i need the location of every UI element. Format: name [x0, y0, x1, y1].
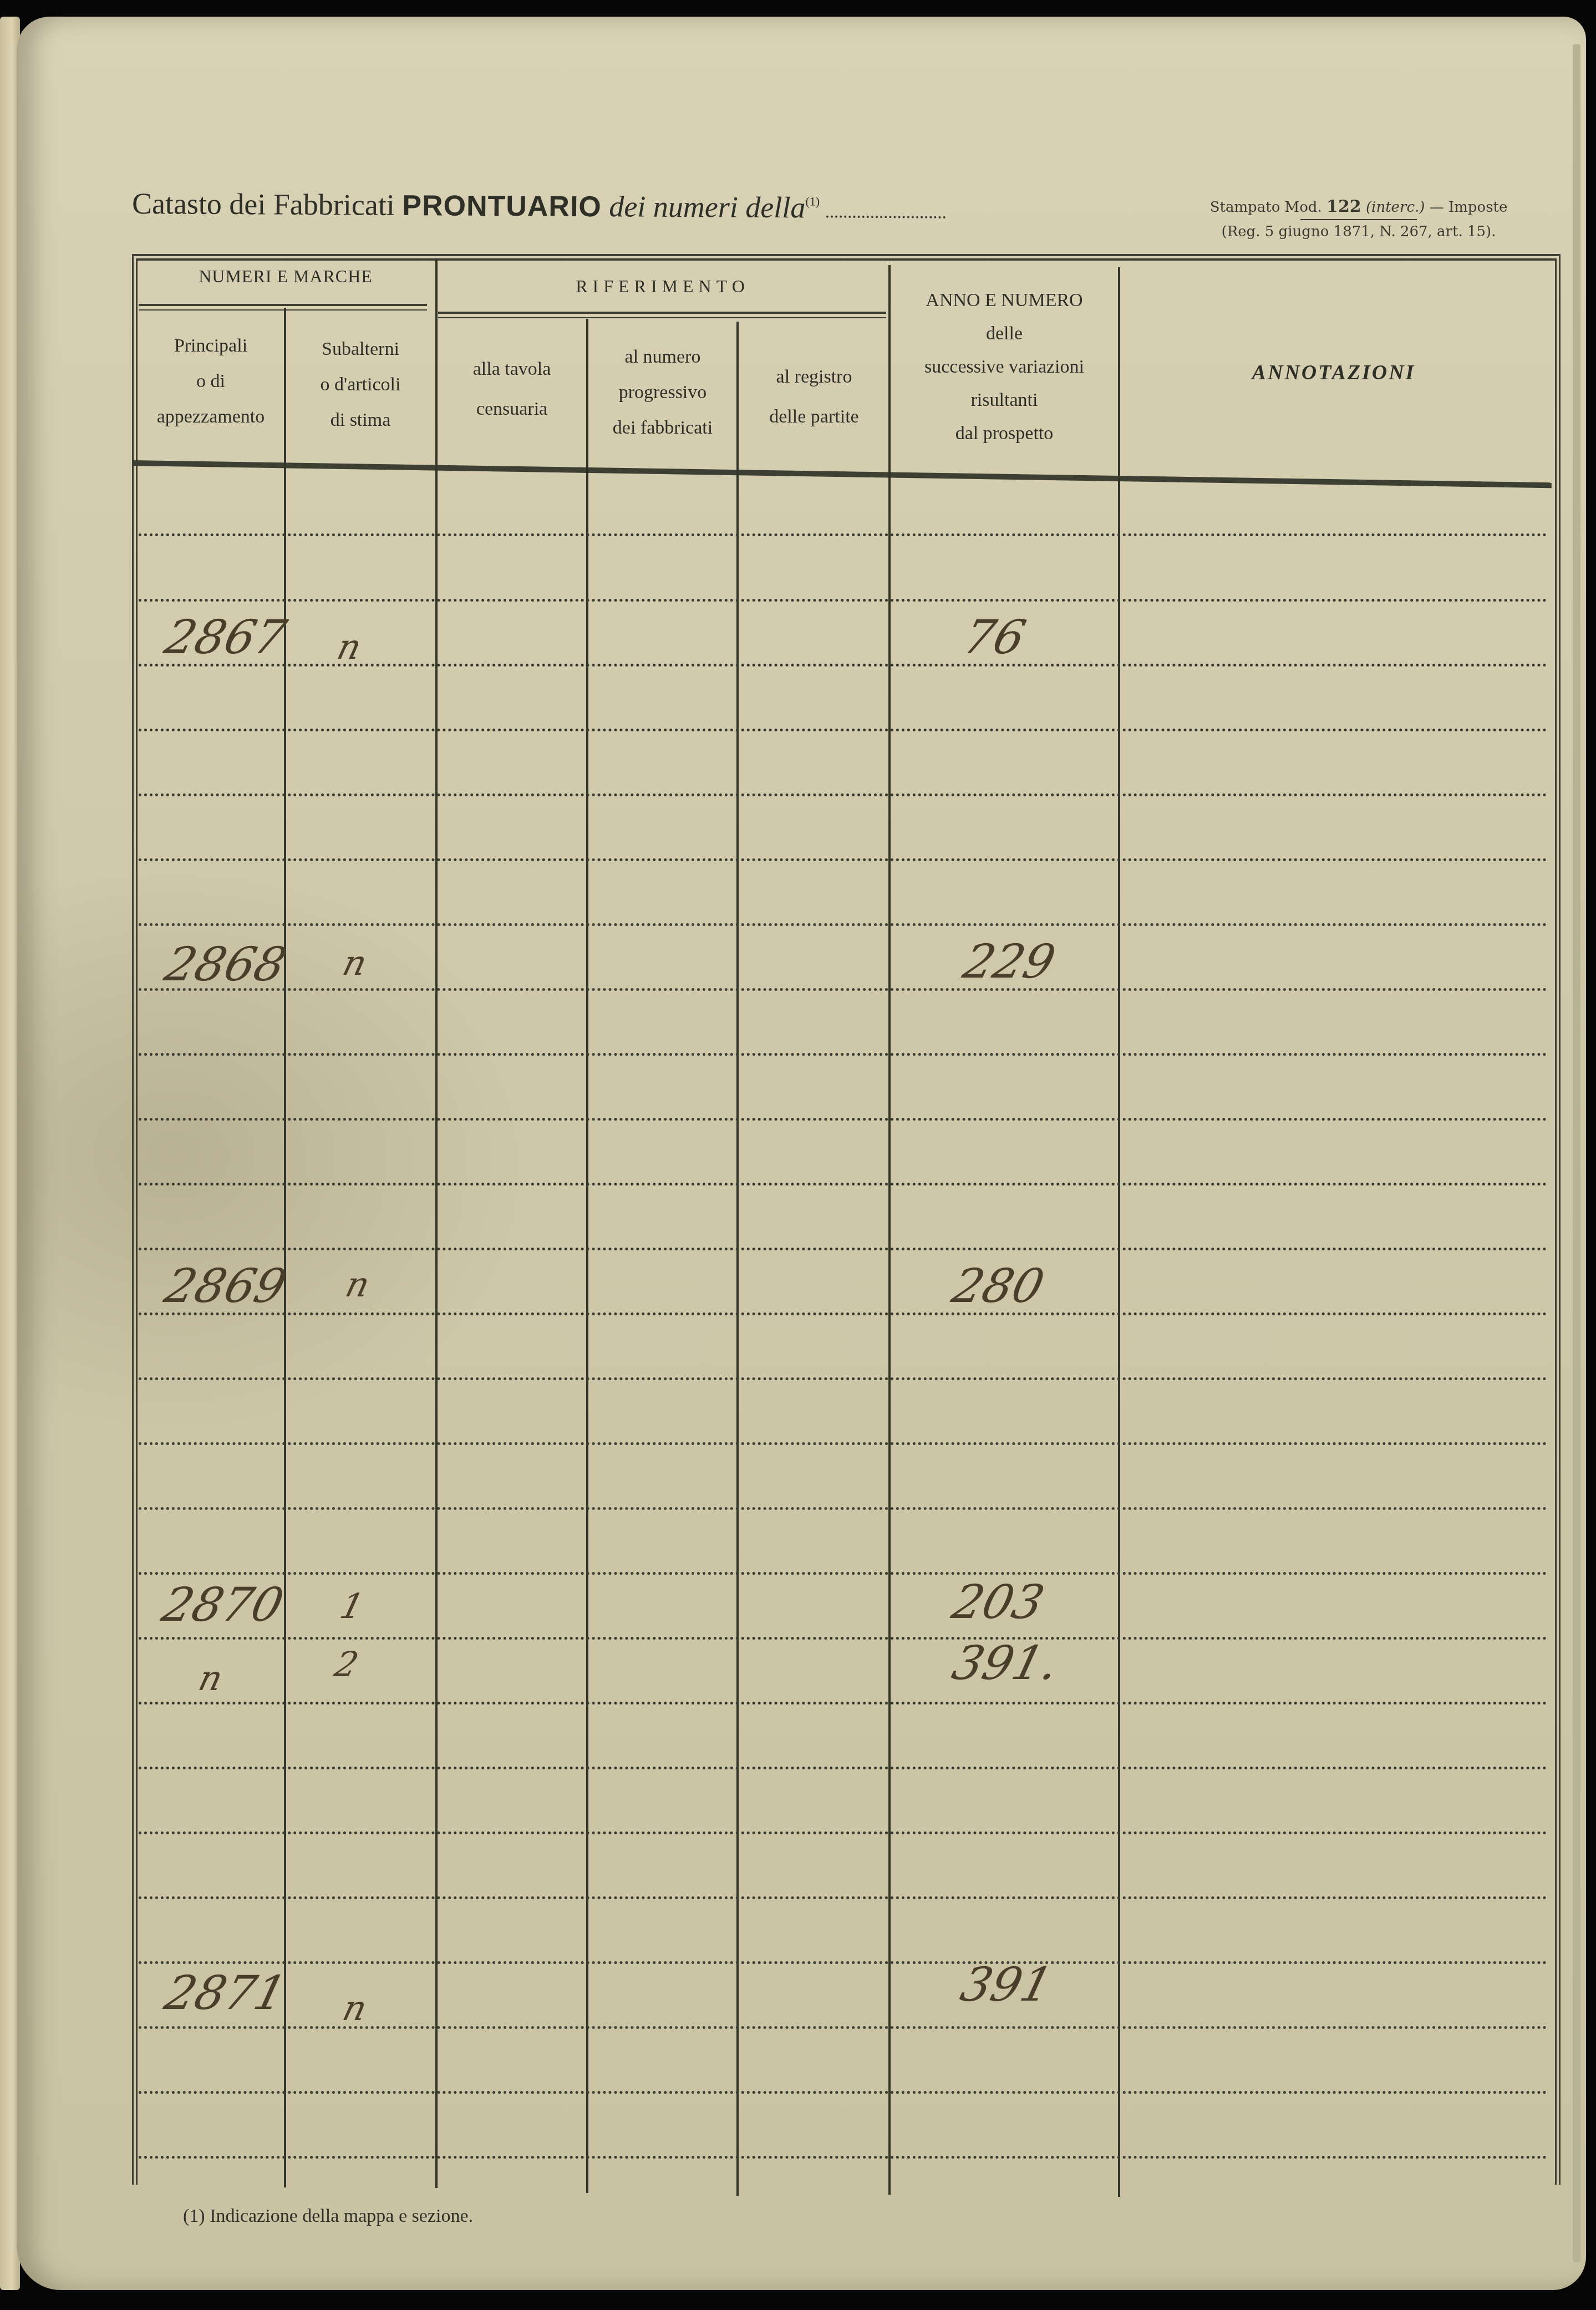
column-divider — [888, 265, 891, 2195]
entry-principali: 2867 — [160, 610, 292, 664]
ruling-line — [139, 1053, 1547, 1056]
ruling-line — [139, 1961, 1547, 1964]
ruling-line — [139, 1377, 1547, 1380]
ruling-line — [139, 1637, 1547, 1640]
footnote: (1) Indicazione della mappa e sezione. — [183, 2206, 473, 2227]
ruling-line — [139, 729, 1547, 731]
ruling-line — [139, 2156, 1547, 2159]
entry-anno-numero: 391. — [947, 1636, 1064, 1690]
ruling-line — [139, 1118, 1547, 1121]
entry-principali: 2871 — [160, 1966, 292, 2020]
entry-anno-numero: 280 — [947, 1259, 1050, 1313]
title-footnote-marker: (1) — [805, 194, 820, 208]
ruling-line — [139, 2091, 1547, 2094]
entry-principali: 2869 — [160, 1259, 292, 1313]
ruling-line — [139, 923, 1547, 926]
header-subalterni: Subalterni o d'articoli di stima — [286, 332, 435, 438]
group-divider-numeri — [139, 304, 427, 311]
header-annotazioni: ANNOTAZIONI — [1120, 355, 1547, 390]
stamp-model-number: 122 — [1326, 197, 1361, 216]
header-numeri-e-marche: NUMERI E MARCHE — [139, 258, 433, 294]
stamp-regulation: (Reg. 5 giugno 1871, N. 267, art. 15). — [1203, 220, 1514, 243]
ruling-line — [139, 1767, 1547, 1769]
page-edge — [1573, 44, 1580, 2262]
title-catasto: Catasto dei Fabbricati — [132, 187, 395, 222]
entry-principali: 2870 — [157, 1578, 289, 1632]
ruling-line — [139, 793, 1547, 796]
table-frame — [132, 254, 1561, 2185]
ruling-line — [139, 1312, 1547, 1315]
page-title: Catasto dei Fabbricati PRONTUARIO dei nu… — [132, 186, 946, 226]
header-riferimento: RIFERIMENTO — [438, 268, 887, 304]
title-prontuario: PRONTUARIO — [402, 190, 602, 223]
ruling-line — [139, 1507, 1547, 1510]
entry-anno-numero: 229 — [958, 934, 1061, 989]
entry-anno-numero: 203 — [947, 1575, 1050, 1629]
ruling-line — [139, 1248, 1547, 1250]
ruling-line — [139, 533, 1547, 536]
column-divider — [1118, 267, 1120, 2197]
ruling-line — [139, 1572, 1547, 1575]
header-principali: Principali o di appezzamento — [139, 328, 283, 435]
header-registro-partite: al registro delle partite — [740, 357, 888, 437]
stamp-suffix: — Imposte — [1430, 199, 1508, 216]
header-anno-numero: ANNO E NUMERO delle successive variazion… — [891, 284, 1118, 450]
title-numeri: dei numeri della — [609, 190, 805, 224]
column-divider — [736, 322, 739, 2196]
group-divider-riferimento — [438, 312, 886, 318]
ruling-line — [139, 599, 1547, 602]
entry-principali: 2868 — [160, 937, 292, 991]
ruling-line — [139, 1831, 1547, 1834]
stamp-line-1: Stampato Mod. 122 (interc.) — Imposte — [1203, 195, 1514, 219]
ruling-line — [139, 1183, 1547, 1185]
ruling-line — [139, 1442, 1547, 1445]
header-tavola-censuaria: alla tavola censuaria — [438, 349, 586, 429]
entry-anno-numero: 391 — [955, 1957, 1058, 2012]
stamp-prefix: Stampato Mod. — [1210, 199, 1322, 216]
header-numero-progressivo: al numero progressivo dei fabbricati — [589, 339, 736, 446]
ruling-line — [139, 988, 1547, 991]
stamp-interc: (interc.) — [1366, 199, 1425, 216]
ruling-line — [139, 1702, 1547, 1704]
ruling-line — [139, 1896, 1547, 1899]
ruling-line — [139, 858, 1547, 861]
title-blank-field — [826, 215, 946, 218]
form-stamp: Stampato Mod. 122 (interc.) — Imposte (R… — [1203, 195, 1514, 243]
